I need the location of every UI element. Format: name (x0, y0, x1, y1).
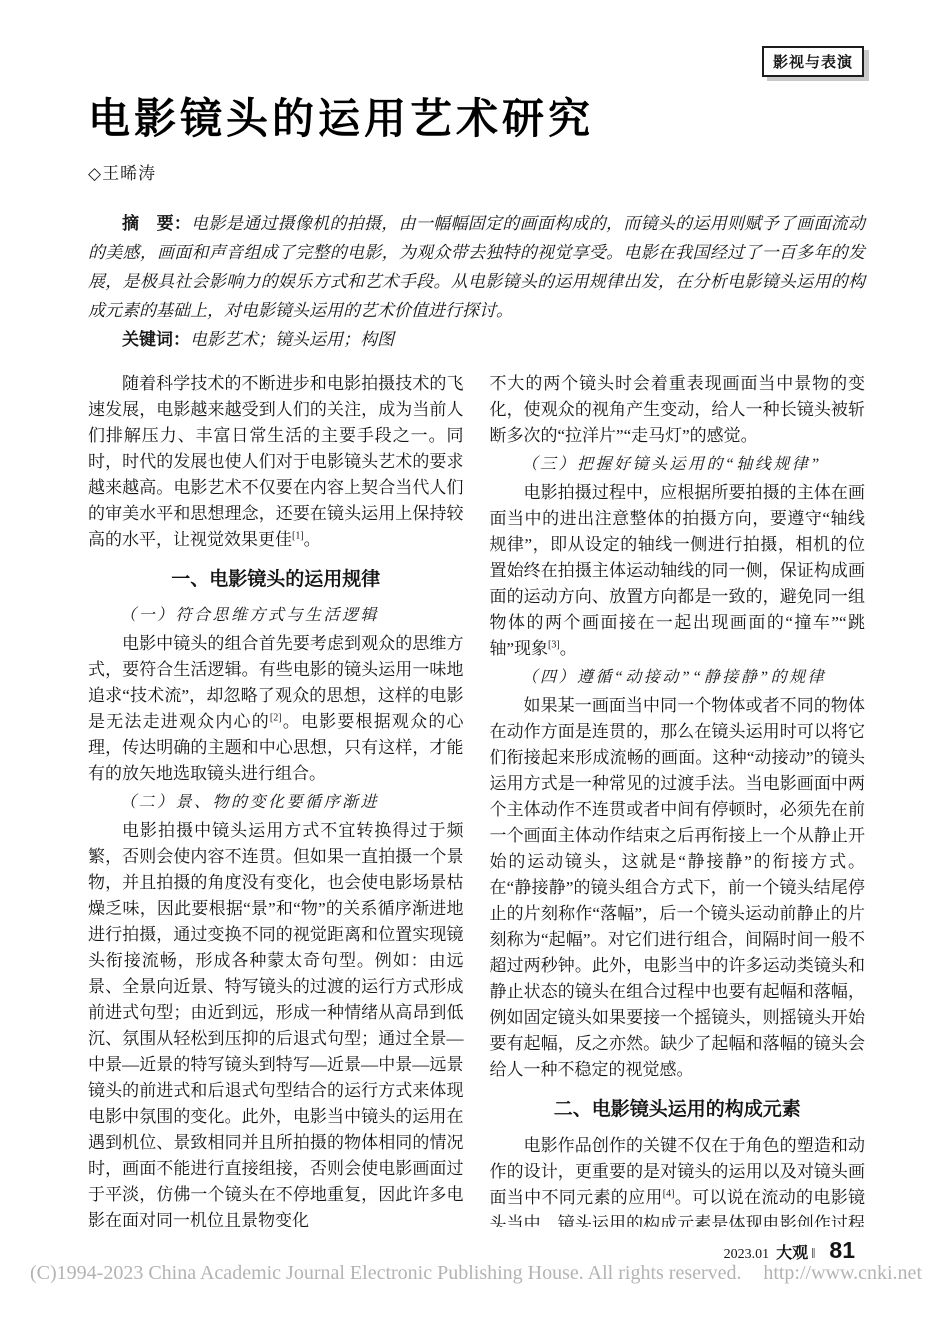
author-name: ◇王晞涛 (88, 159, 865, 184)
subsection-heading: （四）遵循“动接动”“静接静”的规律 (490, 665, 866, 691)
right-column: 不大的两个镜头时会着重表现画面当中景物的变化，使观众的视角产生变动，给人一种长镜… (490, 371, 866, 1227)
citation-marker: [2] (270, 712, 282, 723)
journal-page: 影视与表演 电影镜头的运用艺术研究 ◇王晞涛 摘 要：电影是通过摄像机的拍摄，由… (0, 0, 950, 1324)
left-column: 随着科学技术的不断进步和电影拍摄技术的飞速发展，电影越来越受到人们的关注，成为当… (88, 371, 464, 1227)
citation-marker: [1] (292, 530, 304, 541)
keywords-text: 电影艺术；镜头运用；构图 (190, 330, 394, 349)
body-paragraph: 如果某一画面当中同一个物体或者不同的物体在动作方面是连贯的，那么在镜头运用时可以… (490, 693, 866, 1083)
abstract-label: 摘 要： (122, 214, 191, 233)
keywords-label: 关键词： (122, 330, 190, 349)
abstract-text: 电影是通过摄像机的拍摄，由一幅幅固定的画面构成的，而镜头的运用则赋予了画面流动的… (88, 214, 865, 320)
scan-watermark: (C)1994-2023 China Academic Journal Elec… (30, 1262, 922, 1285)
keywords-paragraph: 关键词：电影艺术；镜头运用；构图 (88, 325, 865, 354)
category-badge: 影视与表演 (762, 46, 864, 77)
section-heading: 一、电影镜头的运用规律 (88, 566, 464, 594)
section-heading: 二、电影镜头运用的构成元素 (490, 1096, 866, 1124)
body-paragraph: 电影拍摄过程中，应根据所要拍摄的主体在画面当中的进出注意整体的拍摄方向，要遵守“… (490, 480, 866, 662)
page-footer: 2023.01 大观 ‖ 81 (724, 1237, 855, 1264)
body-paragraph: 随着科学技术的不断进步和电影拍摄技术的飞速发展，电影越来越受到人们的关注，成为当… (88, 371, 464, 553)
page-number: 81 (829, 1237, 855, 1264)
citation-marker: [4] (663, 1188, 675, 1199)
body-paragraph: 不大的两个镜头时会着重表现画面当中景物的变化，使观众的视角产生变动，给人一种长镜… (490, 371, 866, 449)
subsection-heading: （三）把握好镜头运用的“轴线规律” (490, 452, 866, 478)
page-content: 电影镜头的运用艺术研究 ◇王晞涛 摘 要：电影是通过摄像机的拍摄，由一幅幅固定的… (0, 0, 950, 1227)
article-title: 电影镜头的运用艺术研究 (88, 94, 865, 144)
body-paragraph: 电影拍摄中镜头运用方式不宜转换得过于频繁，否则会使内容不连贯。但如果一直拍摄一个… (88, 818, 464, 1227)
subsection-heading: （二）景、物的变化要循序渐进 (88, 790, 464, 816)
copyright-watermark: (C)1994-2023 China Academic Journal Elec… (30, 1262, 742, 1285)
citation-marker: [3] (548, 639, 560, 650)
journal-name: 大观 (776, 1240, 808, 1263)
body-paragraph: 电影中镜头的组合首先要考虑到观众的思维方式，要符合生活逻辑。有些电影的镜头运用一… (88, 631, 464, 787)
body-paragraph: 电影作品创作的关键不仅在于角色的塑造和动作的设计，更重要的是对镜头的运用以及对镜… (490, 1133, 866, 1227)
subsection-heading: （一）符合思维方式与生活逻辑 (88, 603, 464, 629)
two-column-body: 随着科学技术的不断进步和电影拍摄技术的飞速发展，电影越来越受到人们的关注，成为当… (88, 371, 865, 1227)
footer-separator: ‖ (811, 1246, 815, 1263)
cnki-url-watermark: http://www.cnki.net (763, 1262, 922, 1285)
issue-date: 2023.01 (724, 1247, 770, 1263)
abstract-paragraph: 摘 要：电影是通过摄像机的拍摄，由一幅幅固定的画面构成的，而镜头的运用则赋予了画… (88, 209, 865, 325)
